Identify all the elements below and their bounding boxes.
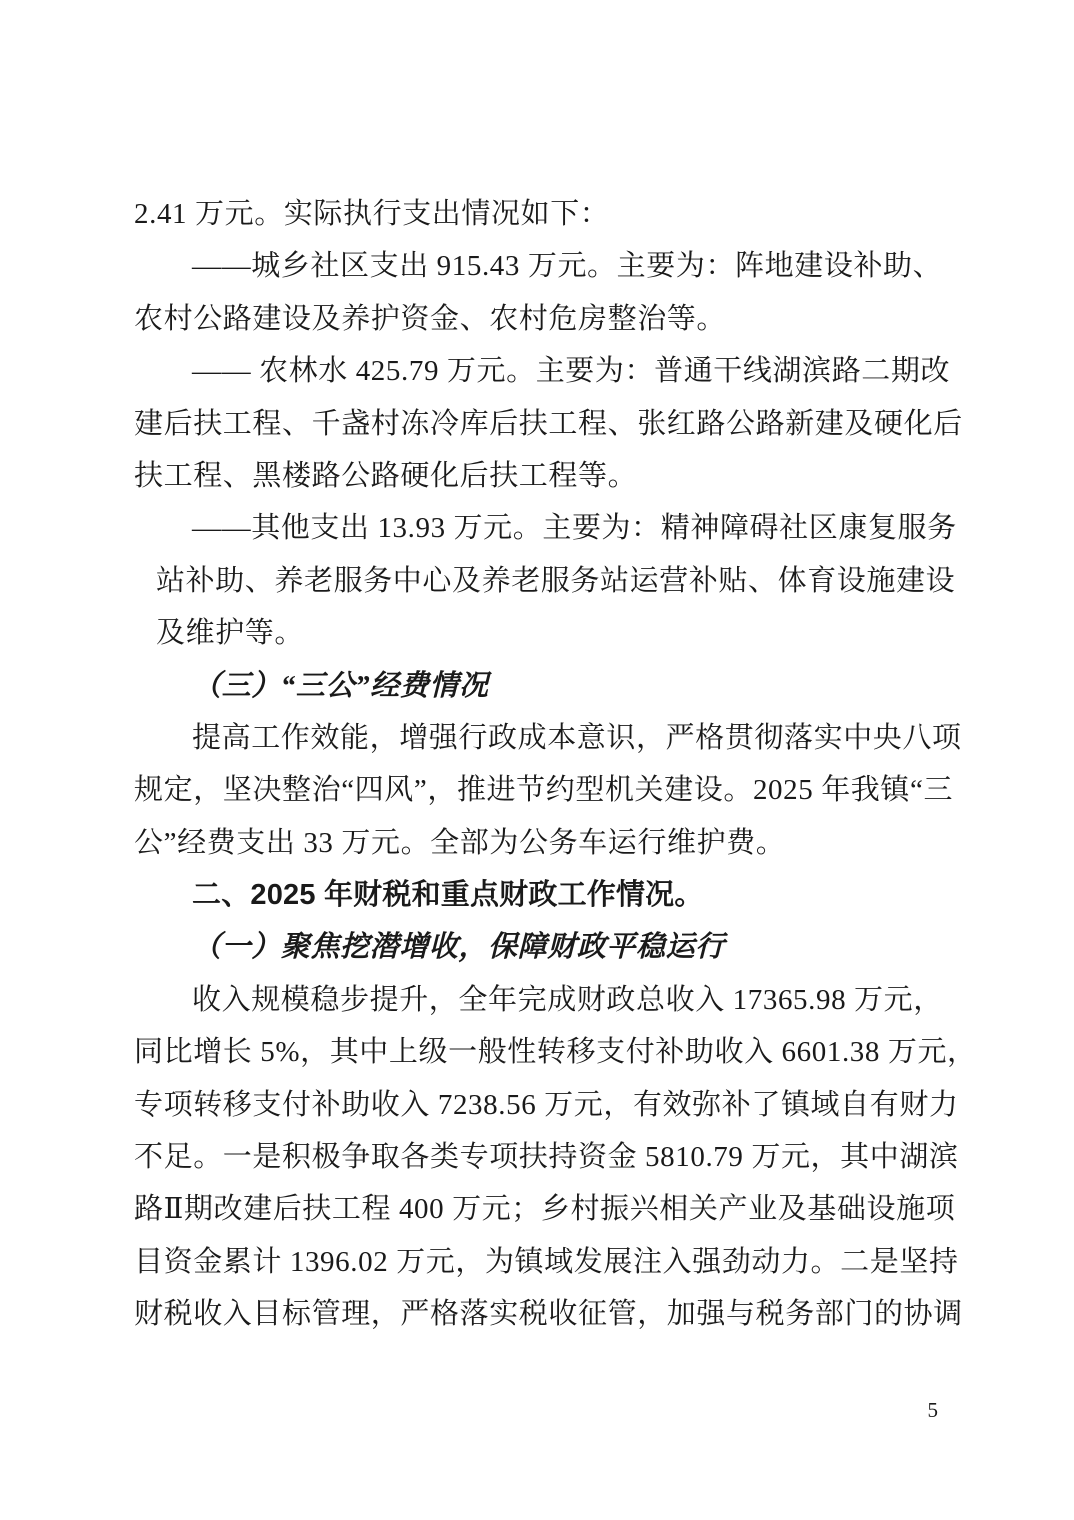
text-line: 2.41 万元。实际执行支出情况如下： [134, 188, 938, 240]
text-line: ——其他支出 13.93 万元。主要为：精神障碍社区康复服务 [134, 502, 938, 554]
text-line: 扶工程、黑楼路公路硬化后扶工程等。 [134, 450, 938, 502]
text-line: 目资金累计 1396.02 万元，为镇域发展注入强劲动力。二是坚持 [134, 1236, 938, 1288]
text-body: 2.41 万元。实际执行支出情况如下：——城乡社区支出 915.43 万元。主要… [134, 188, 938, 1341]
text-line: 农村公路建设及养护资金、农村危房整治等。 [134, 293, 938, 345]
text-line: —— 农林水 425.79 万元。主要为：普通干线湖滨路二期改 [134, 345, 938, 397]
text-line: 站补助、养老服务中心及养老服务站运营补贴、体育设施建设 [134, 555, 938, 607]
text-line: 专项转移支付补助收入 7238.56 万元，有效弥补了镇域自有财力 [134, 1079, 938, 1131]
text-line: 二、2025 年财税和重点财政工作情况。 [134, 869, 938, 921]
text-line: 及维护等。 [134, 607, 938, 659]
text-line: 同比增长 5%，其中上级一般性转移支付补助收入 6601.38 万元， [134, 1026, 938, 1078]
text-line: 提高工作效能，增强行政成本意识，严格贯彻落实中央八项 [134, 712, 938, 764]
text-line: 路Ⅱ期改建后扶工程 400 万元；乡村振兴相关产业及基础设施项 [134, 1183, 938, 1235]
text-line: 规定，坚决整治“四风”，推进节约型机关建设。2025 年我镇“三 [134, 764, 938, 816]
text-line: ——城乡社区支出 915.43 万元。主要为：阵地建设补助、 [134, 240, 938, 292]
text-line: 收入规模稳步提升，全年完成财政总收入 17365.98 万元， [134, 974, 938, 1026]
text-line: （一）聚焦挖潜增收，保障财政平稳运行 [134, 921, 938, 973]
text-line: 不足。一是积极争取各类专项扶持资金 5810.79 万元，其中湖滨 [134, 1131, 938, 1183]
page-number: 5 [134, 1396, 938, 1424]
text-line: 公”经费支出 33 万元。全部为公务车运行维护费。 [134, 817, 938, 869]
text-line: 财税收入目标管理，严格落实税收征管，加强与税务部门的协调 [134, 1288, 938, 1340]
text-line: （三）“三公”经费情况 [134, 660, 938, 712]
document-page: 2.41 万元。实际执行支出情况如下：——城乡社区支出 915.43 万元。主要… [0, 0, 1074, 1520]
text-line: 建后扶工程、千盏村冻冷库后扶工程、张红路公路新建及硬化后 [134, 398, 938, 450]
